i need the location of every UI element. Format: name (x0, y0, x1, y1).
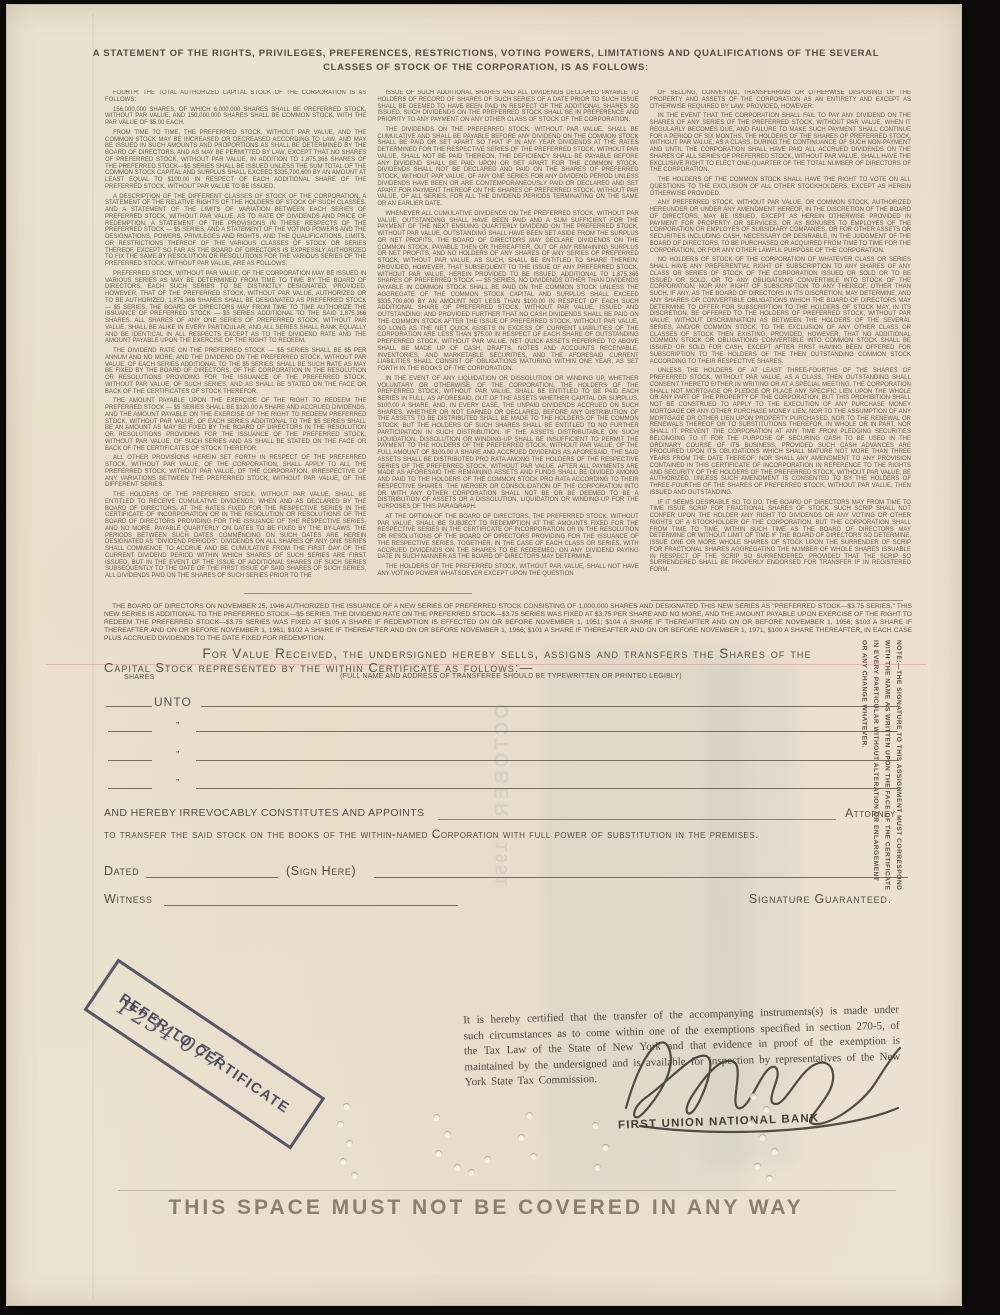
punch-hole (518, 1134, 525, 1141)
legal-paragraph: ALL OTHER PROVISIONS HEREIN SET FORTH IN… (105, 455, 366, 489)
bottom-rule (118, 1190, 896, 1191)
signature-blank[interactable] (374, 877, 908, 878)
legal-paragraph: THE AMOUNT PAYABLE UPON THE EXERCISE OF … (105, 398, 366, 452)
punch-hole (763, 1106, 770, 1113)
attorney-name-blank[interactable] (438, 819, 836, 820)
legal-paragraph: ANY PREFERRED STOCK, WITHOUT PAR VALUE, … (650, 200, 911, 254)
bank-officer-signature-icon (618, 1012, 908, 1144)
punch-hole (530, 1153, 537, 1160)
legal-paragraph: UNLESS THE HOLDERS OF AT LEAST THREE-FOU… (650, 368, 911, 496)
punch-hole (602, 1144, 609, 1151)
statement-heading-line2: CLASSES OF STOCK OF THE CORPORATION, IS … (76, 62, 896, 73)
transferee-name-blank[interactable] (196, 788, 898, 789)
legal-paragraph: WHENEVER ALL CUMULATIVE DIVIDENDS ON THE… (377, 211, 638, 373)
punch-hole (747, 1120, 754, 1127)
punch-hole (766, 1175, 773, 1182)
ditto-mark: ” (176, 721, 179, 732)
legal-paragraph: THE HOLDERS OF THE PREFERRED STOCK, WITH… (377, 564, 638, 578)
refer-to-certificate-stamp: REFER TO CER­TIFICATE P234-077 (77, 958, 326, 1159)
punch-hole (754, 1163, 761, 1170)
share-quantity-blank[interactable] (108, 788, 152, 789)
legal-paragraph: PREFERRED STOCK, WITHOUT PAR VALUE, OF T… (105, 271, 366, 345)
legal-paragraph: IF IT SEEMS DESIRABLE SO TO DO, THE BOAR… (650, 500, 911, 574)
fold-crease (92, 14, 94, 1299)
transferee-name-blank[interactable] (201, 706, 898, 707)
legal-paragraph: THE DIVIDEND RATE ON THE PREFERRED STOCK… (105, 348, 366, 395)
legal-text-columns: FOURTH: THE TOTAL AUTHORIZED CAPITAL STO… (105, 90, 911, 600)
punch-hole (351, 1172, 358, 1179)
legal-paragraph: ISSUE OF SUCH ADDITIONAL SHARES AND ALL … (377, 90, 638, 124)
punch-hole (433, 1114, 440, 1121)
ditto-mark: ” (176, 750, 179, 761)
legal-column-1: FOURTH: THE TOTAL AUTHORIZED CAPITAL STO… (105, 90, 366, 600)
transferee-name-blank[interactable] (196, 731, 898, 732)
transferee-name-blank[interactable] (196, 760, 898, 761)
shares-column-label: SHARES (124, 674, 155, 681)
punch-hole (526, 1112, 533, 1119)
punch-hole (594, 1164, 601, 1171)
legal-paragraph: AT THE OPTION OF THE BOARD OF DIRECTORS,… (377, 514, 638, 561)
legal-paragraph: A DESCRIPTION OF THE DIFFERENT CLASSES O… (105, 194, 366, 268)
margin-note-line: IN EVERY PARTICULAR WITHOUT ALTERATION O… (870, 640, 882, 966)
witness-label: Witness (104, 892, 153, 906)
signature-correspondence-note: NOTE:—THE SIGNATURE TO THIS ASSIGNMENT M… (856, 640, 904, 966)
margin-note-line: OR ANY CHANGE WHATEVER. (858, 640, 870, 966)
punch-hole (750, 1093, 757, 1100)
legal-paragraph: OF SELLING, CONVEYING, TRANSFERRING OR O… (650, 90, 911, 110)
legal-paragraph: THE HOLDERS OF THE COMMON STOCK SHALL HA… (650, 177, 911, 197)
unto-label: UNTO (154, 695, 192, 709)
ghost-year-text: 1951 (492, 842, 512, 888)
divider-rule (244, 593, 472, 594)
punch-hole (444, 1131, 451, 1138)
sign-here-label: (Sign Here) (286, 864, 356, 878)
legal-paragraph: IN THE EVENT THAT THE CORPORATION SHALL … (650, 113, 911, 174)
transfer-authorization-text: to transfer the said stock on the books … (104, 826, 918, 843)
divider-rule (651, 600, 903, 601)
share-quantity-blank[interactable] (106, 706, 152, 707)
punch-hole (454, 1164, 461, 1171)
statement-heading-line1: A STATEMENT OF THE RIGHTS, PRIVILEGES, P… (76, 48, 896, 59)
date-blank[interactable] (146, 877, 278, 878)
punch-hole (346, 1140, 353, 1147)
punch-hole (343, 1103, 350, 1110)
legal-paragraph: 156,000,000 SHARES, OF WHICH 6,000,000 S… (105, 107, 366, 127)
share-quantity-blank[interactable] (108, 760, 152, 761)
punch-hole (468, 1169, 475, 1176)
margin-note-line: WITH THE NAME AS WRITTEN UPON THE FACE O… (881, 640, 893, 966)
punch-hole (435, 1150, 442, 1157)
punch-hole (592, 1122, 599, 1129)
legal-paragraph: FOURTH: THE TOTAL AUTHORIZED CAPITAL STO… (105, 90, 366, 104)
margin-note-line: NOTE:—THE SIGNATURE TO THIS ASSIGNMENT M… (893, 640, 905, 966)
legal-paragraph: NO HOLDERS OF STOCK OF THE CORPORATION O… (650, 257, 911, 365)
ghost-month-text: OCTOBER (492, 704, 514, 820)
appoints-text: AND HEREBY IRREVOCABLY CONSTITUTES AND A… (104, 807, 424, 819)
certificate-back: OCTOBER 1951 A STATEMENT OF THE RIGHTS, … (6, 4, 962, 1306)
legal-column-3: OF SELLING, CONVEYING, TRANSFERRING OR O… (650, 90, 911, 600)
board-resolution-note: THE BOARD OF DIRECTORS ON NOVEMBER 25, 1… (104, 603, 912, 643)
legal-paragraph: IN THE EVENT OF ANY LIQUIDATION OR DISSO… (377, 376, 638, 511)
share-quantity-blank[interactable] (108, 731, 152, 732)
legal-paragraph: THE DIVIDENDS ON THE PREFERRED STOCK, WI… (377, 127, 638, 208)
witness-blank[interactable] (164, 905, 458, 906)
punch-hole (759, 1134, 766, 1141)
dated-label: Dated (104, 864, 139, 878)
punch-hole (771, 1148, 778, 1155)
ditto-mark: ” (176, 778, 179, 789)
punch-hole (337, 1121, 344, 1128)
legal-paragraph: THE HOLDERS OF THE PREFERRED STOCK, WITH… (105, 492, 366, 580)
punch-hole (340, 1158, 347, 1165)
do-not-cover-notice: THIS SPACE MUST NOT BE COVERED IN ANY WA… (81, 1196, 891, 1220)
assignment-heading-line1: For Value Received, the undersigned here… (101, 646, 913, 661)
legal-column-2: ISSUE OF SUCH ADDITIONAL SHARES AND ALL … (377, 90, 638, 600)
punch-hole (484, 1156, 491, 1163)
transferee-instruction-note: (FULL NAME AND ADDRESS OF TRANSFEREE SHO… (296, 673, 726, 680)
legal-paragraph: FROM TIME TO TIME, THE PREFERRED STOCK, … (105, 130, 366, 191)
